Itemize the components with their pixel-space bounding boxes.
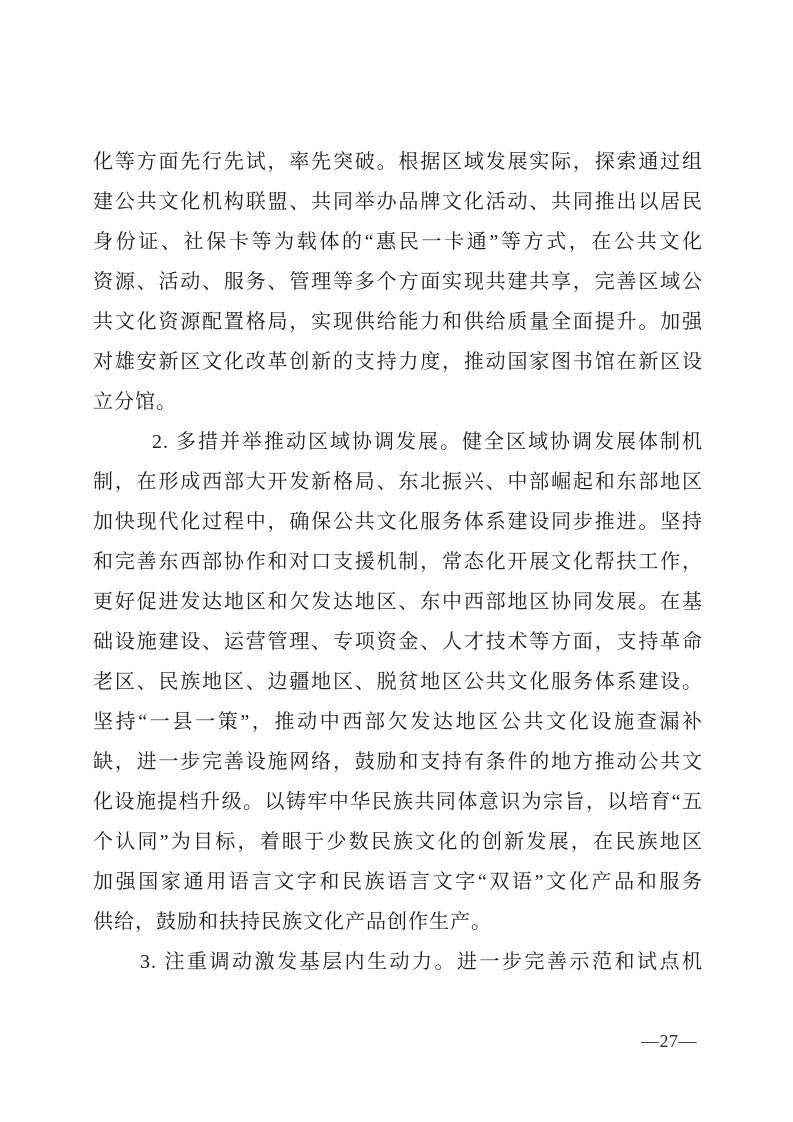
text-line: 化设施提档升级。以铸牢中华民族共同体意识为宗旨，以培育“五 xyxy=(93,782,703,822)
text-line: 缺，进一步完善设施网络，鼓励和支持有条件的地方推动公共文 xyxy=(93,742,703,782)
paragraph-item-2: 2. 多措并举推动区域协调发展。健全区域协调发展体制机 制，在形成西部大开发新格… xyxy=(93,422,703,942)
text-line: 加强国家通用语言文字和民族语言文字“双语”文化产品和服务 xyxy=(93,862,703,902)
paragraph-item-3: 3. 注重调动激发基层内生动力。进一步完善示范和试点机 xyxy=(93,942,703,982)
paragraph-continuation: 化等方面先行先试，率先突破。根据区域发展实际，探索通过组 建公共文化机构联盟、共… xyxy=(93,142,703,422)
document-body-text: 化等方面先行先试，率先突破。根据区域发展实际，探索通过组 建公共文化机构联盟、共… xyxy=(93,142,703,982)
text-line: 对雄安新区文化改革创新的支持力度，推动国家图书馆在新区设 xyxy=(93,342,703,382)
text-line: 身份证、社保卡等为载体的“惠民一卡通”等方式，在公共文化 xyxy=(93,222,703,262)
text-line: 供给，鼓励和扶持民族文化产品创作生产。 xyxy=(93,902,703,942)
text-line: 更好促进发达地区和欠发达地区、东中西部地区协同发展。在基 xyxy=(93,582,703,622)
text-line: 共文化资源配置格局，实现供给能力和供给质量全面提升。加强 xyxy=(93,302,703,342)
text-line: 老区、民族地区、边疆地区、脱贫地区公共文化服务体系建设。 xyxy=(93,662,703,702)
text-line: 资源、活动、服务、管理等多个方面实现共建共享，完善区域公 xyxy=(93,262,703,302)
text-line: 建公共文化机构联盟、共同举办品牌文化活动、共同推出以居民 xyxy=(93,182,703,222)
document-page: 化等方面先行先试，率先突破。根据区域发展实际，探索通过组 建公共文化机构联盟、共… xyxy=(0,0,793,1122)
text-line: 3. 注重调动激发基层内生动力。进一步完善示范和试点机 xyxy=(93,942,703,982)
text-line: 础设施建设、运营管理、专项资金、人才技术等方面，支持革命 xyxy=(93,622,703,662)
text-line: 制，在形成西部大开发新格局、东北振兴、中部崛起和东部地区 xyxy=(93,462,703,502)
text-line: 2. 多措并举推动区域协调发展。健全区域协调发展体制机 xyxy=(93,422,703,462)
page-number: —27— xyxy=(641,1030,697,1052)
text-line: 化等方面先行先试，率先突破。根据区域发展实际，探索通过组 xyxy=(93,142,703,182)
text-line: 坚持“一县一策”，推动中西部欠发达地区公共文化设施查漏补 xyxy=(93,702,703,742)
text-line: 加快现代化过程中，确保公共文化服务体系建设同步推进。坚持 xyxy=(93,502,703,542)
text-line: 立分馆。 xyxy=(93,382,703,422)
text-line: 和完善东西部协作和对口支援机制，常态化开展文化帮扶工作， xyxy=(93,542,703,582)
text-line: 个认同”为目标，着眼于少数民族文化的创新发展，在民族地区 xyxy=(93,822,703,862)
